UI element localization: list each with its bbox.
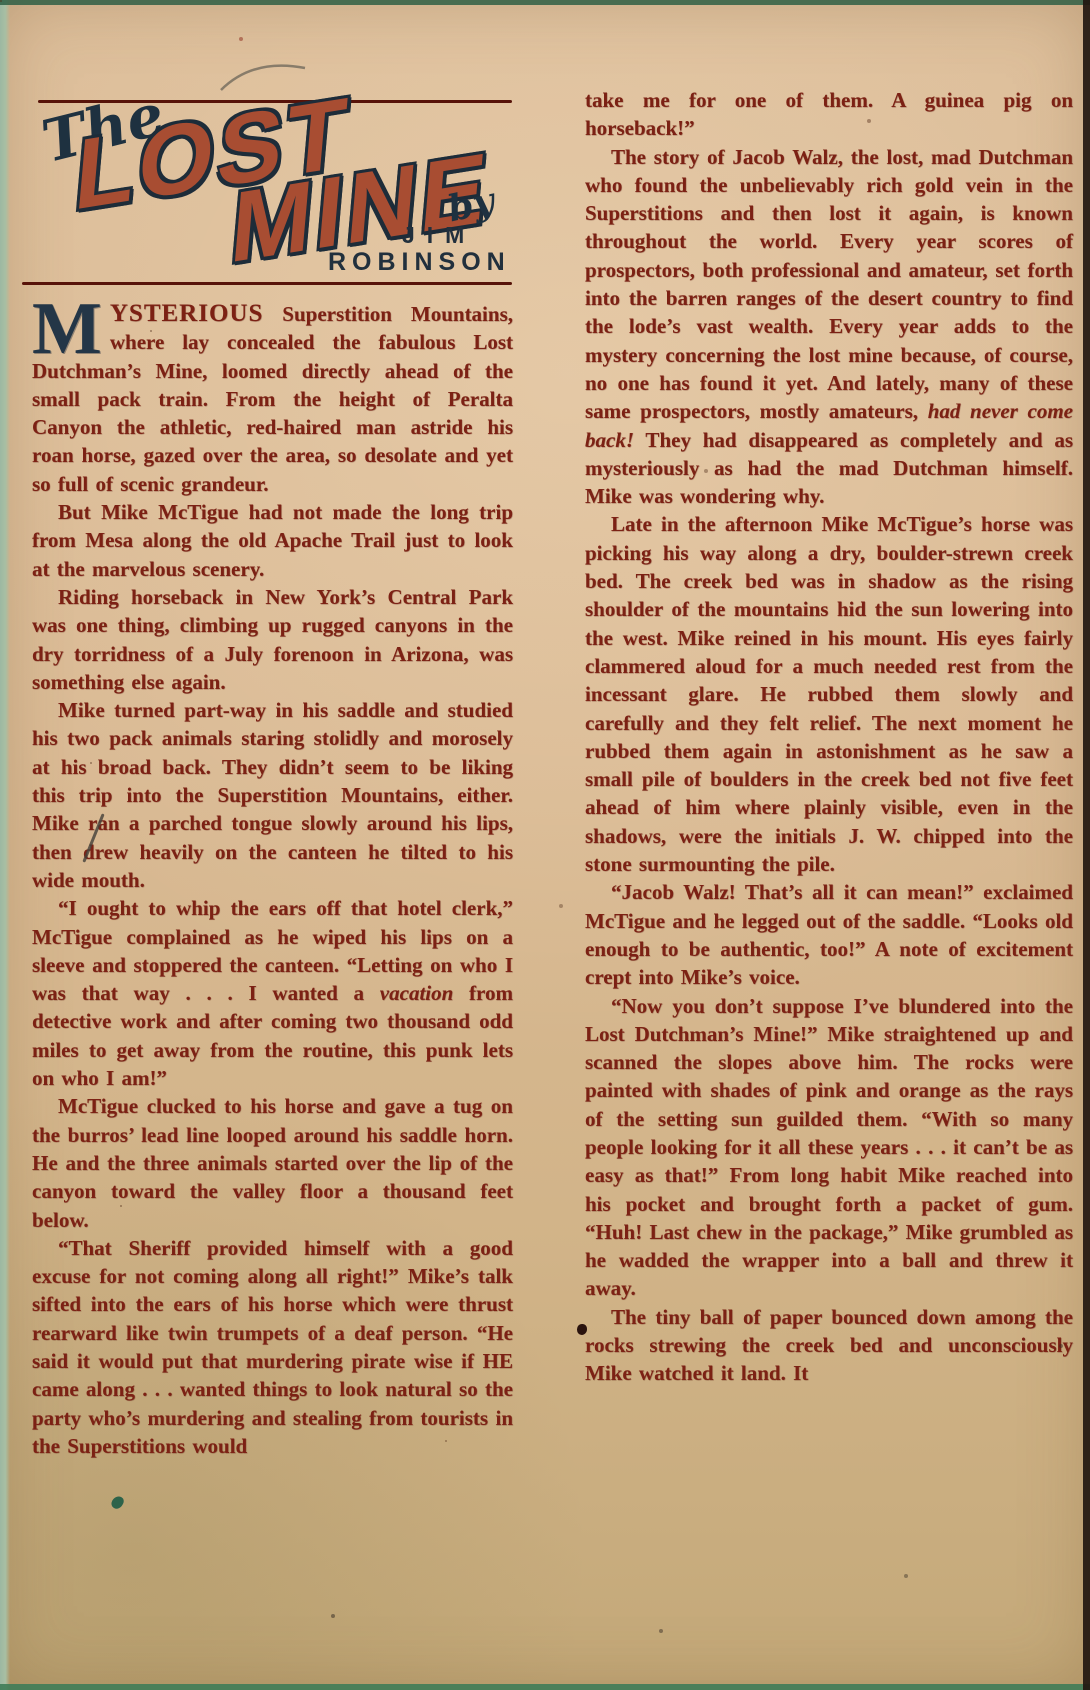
- story-paragraph: “Now you don’t suppose I’ve blundered in…: [585, 992, 1073, 1303]
- page-edge-right: [1083, 0, 1090, 1690]
- story-paragraph: “I ought to whip the ears off that hotel…: [32, 894, 513, 1092]
- story-paragraph: Riding horseback in New York’s Central P…: [32, 583, 513, 696]
- author-name-first: JIM: [402, 222, 476, 249]
- story-column-left: MYSTERIOUS Superstition Mountains, where…: [32, 300, 513, 1460]
- story-column-right: take me for one of them. A guinea pig on…: [585, 86, 1073, 1388]
- story-paragraph: The tiny ball of paper bounced down amon…: [585, 1303, 1073, 1388]
- story-paragraph: MYSTERIOUS Superstition Mountains, where…: [32, 300, 513, 498]
- story-paragraph: Mike turned part-way in his saddle and s…: [32, 696, 513, 894]
- page-edge-top: [0, 0, 1090, 5]
- story-paragraph: Late in the afternoon Mike McTigue’s hor…: [585, 510, 1073, 878]
- page-edge-bottom: [0, 1684, 1090, 1690]
- story-paragraph: “That Sheriff provided himself with a go…: [32, 1234, 513, 1460]
- story-paragraph: “Jacob Walz! That’s all it can mean!” ex…: [585, 878, 1073, 991]
- story-title-block: The LOST MINE by JIM ROBINSON: [28, 88, 514, 290]
- story-paragraph: But Mike McTigue had not made the long t…: [32, 498, 513, 583]
- drop-cap: M: [32, 300, 110, 356]
- title-rule-bottom: [22, 282, 512, 285]
- green-ink-blot: [110, 1494, 126, 1511]
- author-name-last: ROBINSON: [328, 248, 511, 277]
- story-paragraph: McTigue clucked to his horse and gave a …: [32, 1092, 513, 1233]
- page-edge-left: [0, 0, 10, 1690]
- story-paragraph: The story of Jacob Walz, the lost, mad D…: [585, 143, 1073, 511]
- comic-text-page: The LOST MINE by JIM ROBINSON MYSTERIOUS…: [0, 0, 1090, 1690]
- story-paragraph: take me for one of them. A guinea pig on…: [585, 86, 1073, 143]
